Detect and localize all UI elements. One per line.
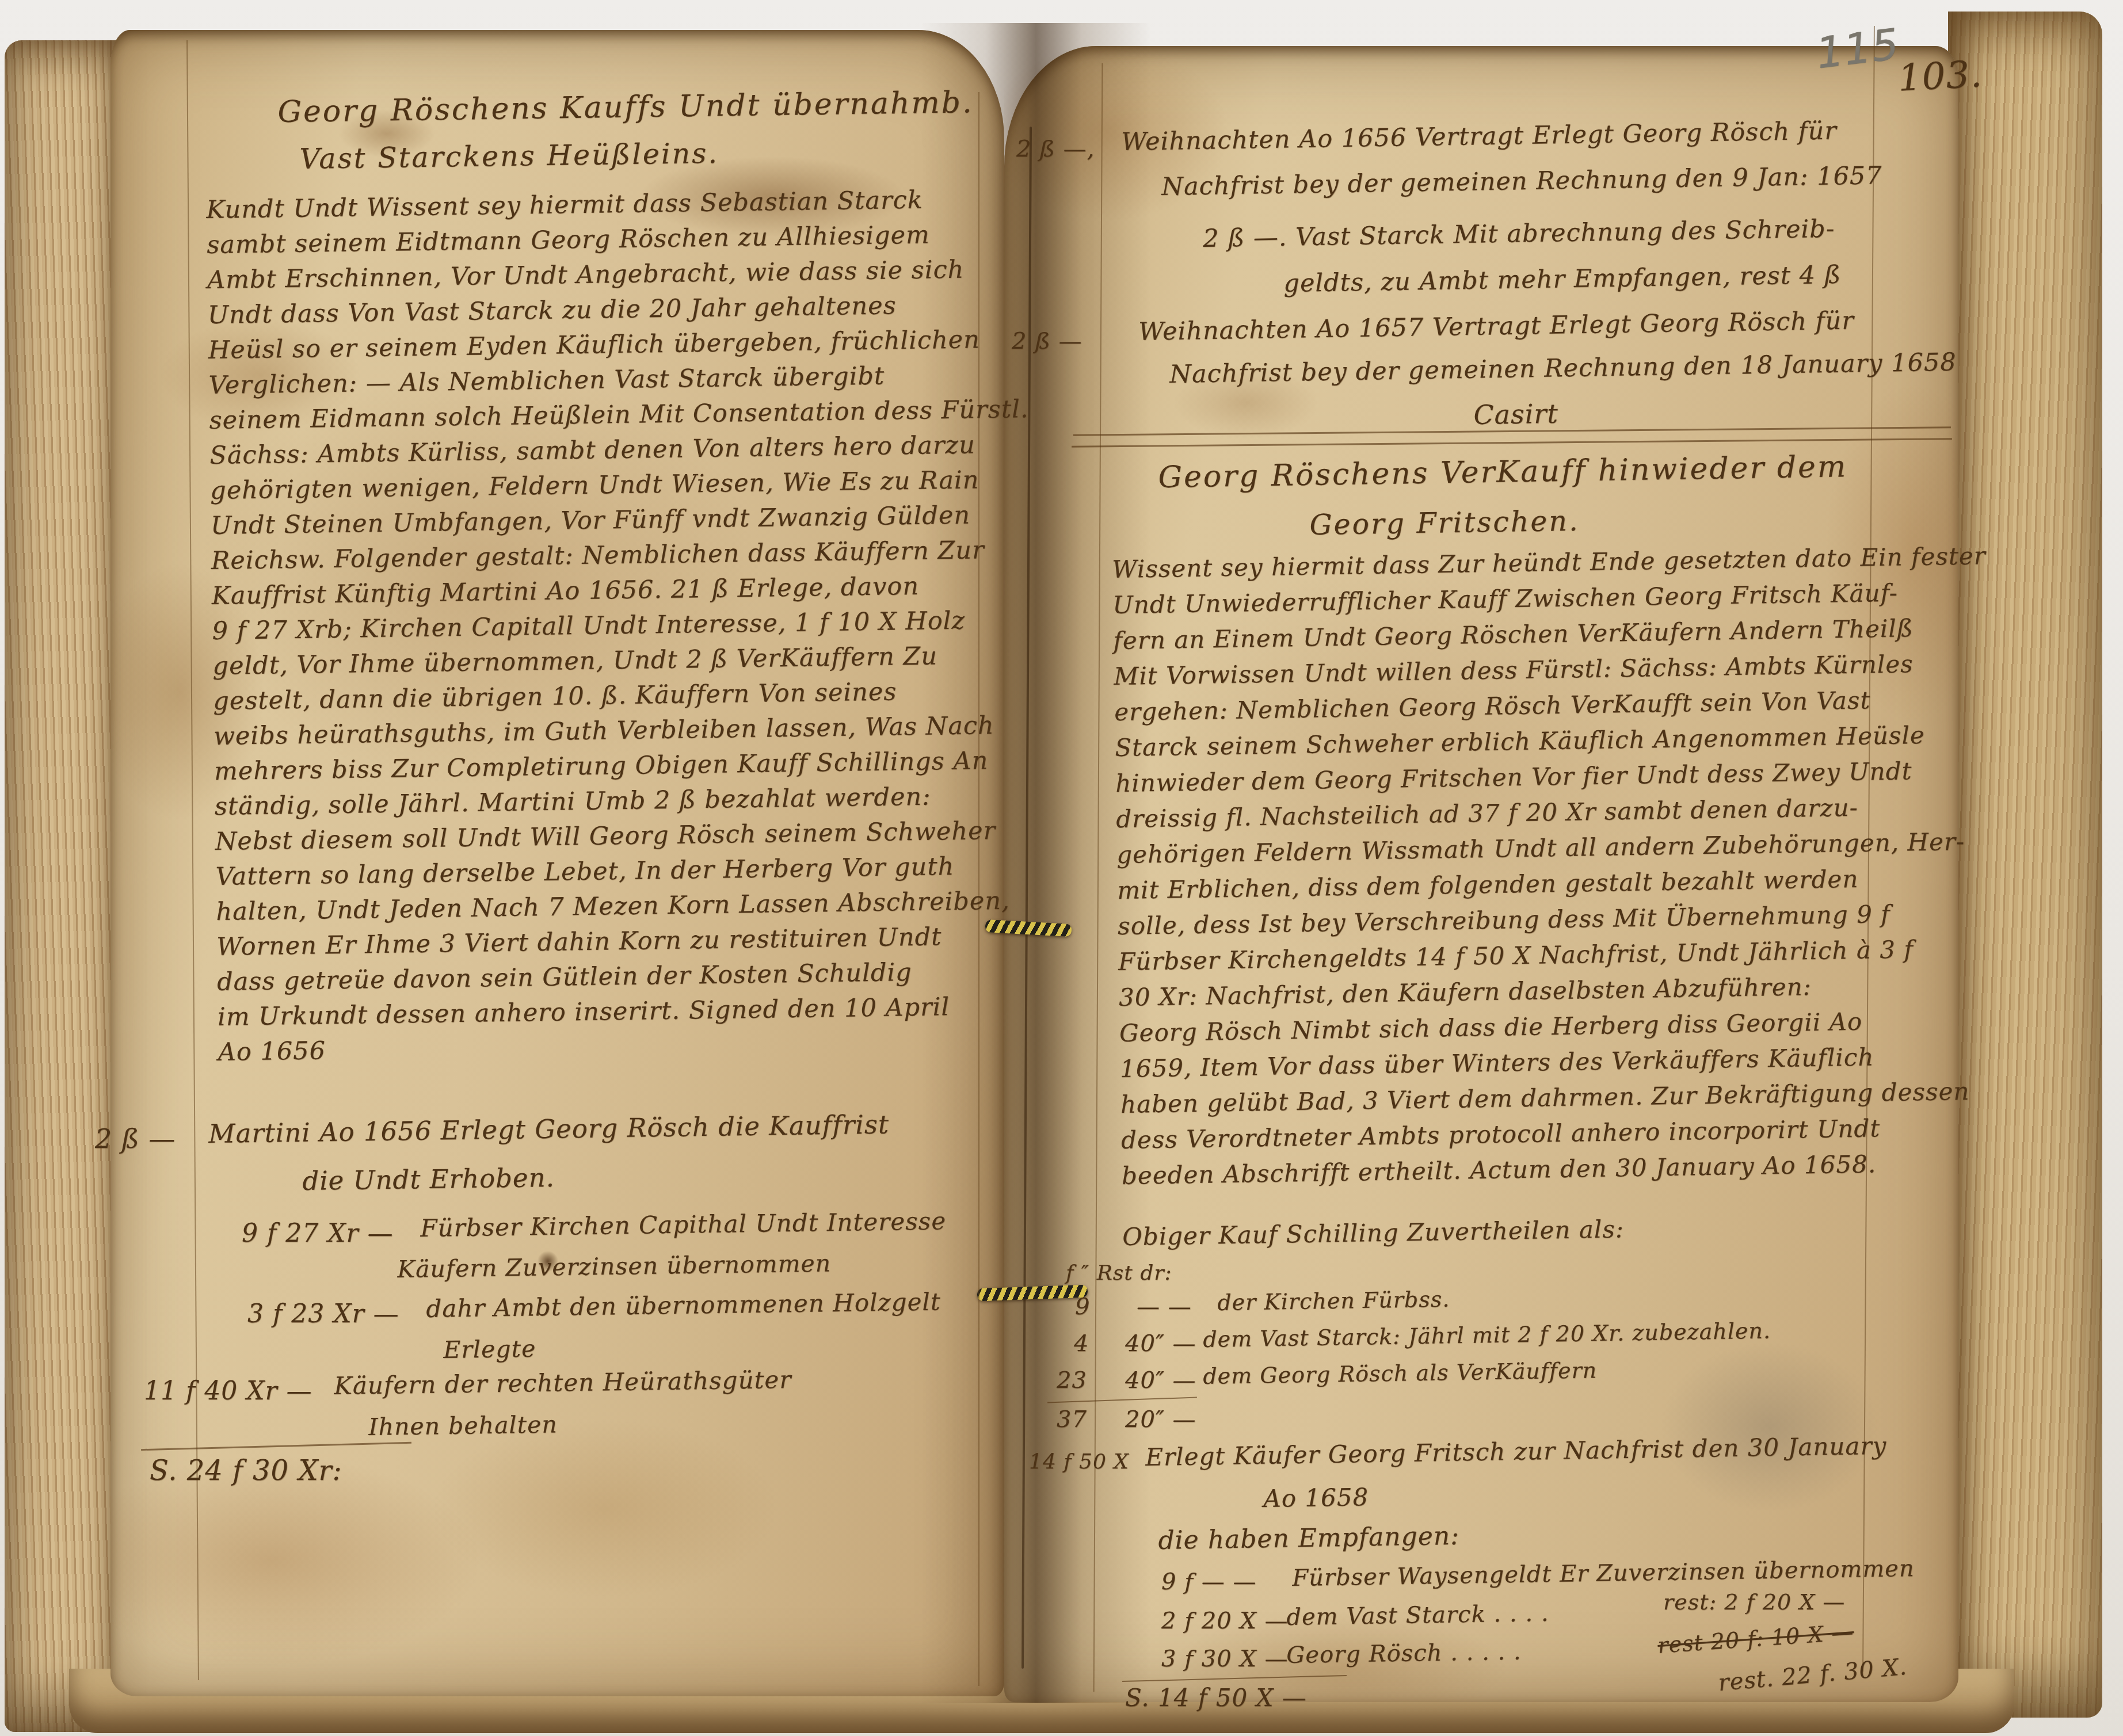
division-row-xr: — — (1137, 1294, 1192, 1320)
continuation-margin-amount: 2 ß — (1012, 328, 1083, 354)
payment-line3: die haben Empfangen: (1158, 1521, 1459, 1555)
division-row-fl: 23 (1057, 1367, 1087, 1394)
division-row-xr: 40″ — (1125, 1330, 1196, 1357)
division-row-fl: 9 (1075, 1294, 1090, 1320)
continuation-cassation-note: Casirt (1473, 398, 1558, 430)
accounting-row-amount: 11 f 40 Xr — (144, 1376, 312, 1406)
payment-row-amount: 9 f — — (1161, 1569, 1256, 1595)
folio-number-pencil: 115 (1813, 20, 1902, 79)
accounting-row-amount: 9 f 27 Xr — (242, 1219, 394, 1248)
right-entry-heading-line2: Georg Fritschen. (1309, 505, 1580, 541)
payment-row-amount: 2 f 20 X — (1161, 1608, 1289, 1634)
left-margin-amount: 2 ß — (95, 1123, 176, 1154)
left-entry-body: Kundt Undt Wissent sey hiermit dass Seba… (206, 184, 1038, 1073)
left-sum: S. 24 f 30 Xr: (150, 1455, 342, 1487)
division-row-xr: 40″ — (1125, 1367, 1196, 1394)
division-sum-xr: 20″ — (1125, 1406, 1196, 1433)
payment-row-desc: Georg Rösch . . . . . (1286, 1639, 1522, 1669)
folio-number-ink: 103. (1897, 53, 1983, 100)
division-row-desc: der Kirchen Fürbss. (1217, 1287, 1450, 1315)
accounting-row-desc2: Ihnen behalten (368, 1410, 558, 1441)
left-entry-heading-line2: Vast Starckens Heüßleins. (299, 137, 719, 175)
division-sum-fl: 37 (1057, 1406, 1087, 1433)
payment-sum: S. 14 f 50 X — (1125, 1684, 1307, 1712)
accounting-row-amount: 3 f 23 Xr — (247, 1299, 399, 1329)
payment-row-rest: rest: 2 f 20 X — (1663, 1589, 1845, 1615)
payment-margin-amount: 14 f 50 X (1029, 1450, 1129, 1474)
right-entry-body: Wissent sey hiermit dass Zur heündt Ende… (1112, 541, 1996, 1197)
payment-row-amount: 3 f 30 X — (1161, 1646, 1289, 1672)
payment-row-desc: dem Vast Starck . . . . (1286, 1600, 1549, 1631)
left-margin-entry-line2: die Undt Erhoben. (302, 1162, 555, 1196)
division-unit-header: f ″ Rst dr: (1066, 1261, 1172, 1285)
accounting-row-desc2: Erlegte (443, 1335, 536, 1364)
page-stack-left-edge (5, 40, 128, 1732)
continuation-margin-amount: 2 ß —, (1016, 136, 1095, 162)
payment-line2: Ao 1658 (1263, 1483, 1369, 1513)
manuscript-book-photo: 115 103. Georg Röschens Kauffs Undt über… (0, 0, 2123, 1736)
division-row-fl: 4 (1074, 1330, 1089, 1357)
